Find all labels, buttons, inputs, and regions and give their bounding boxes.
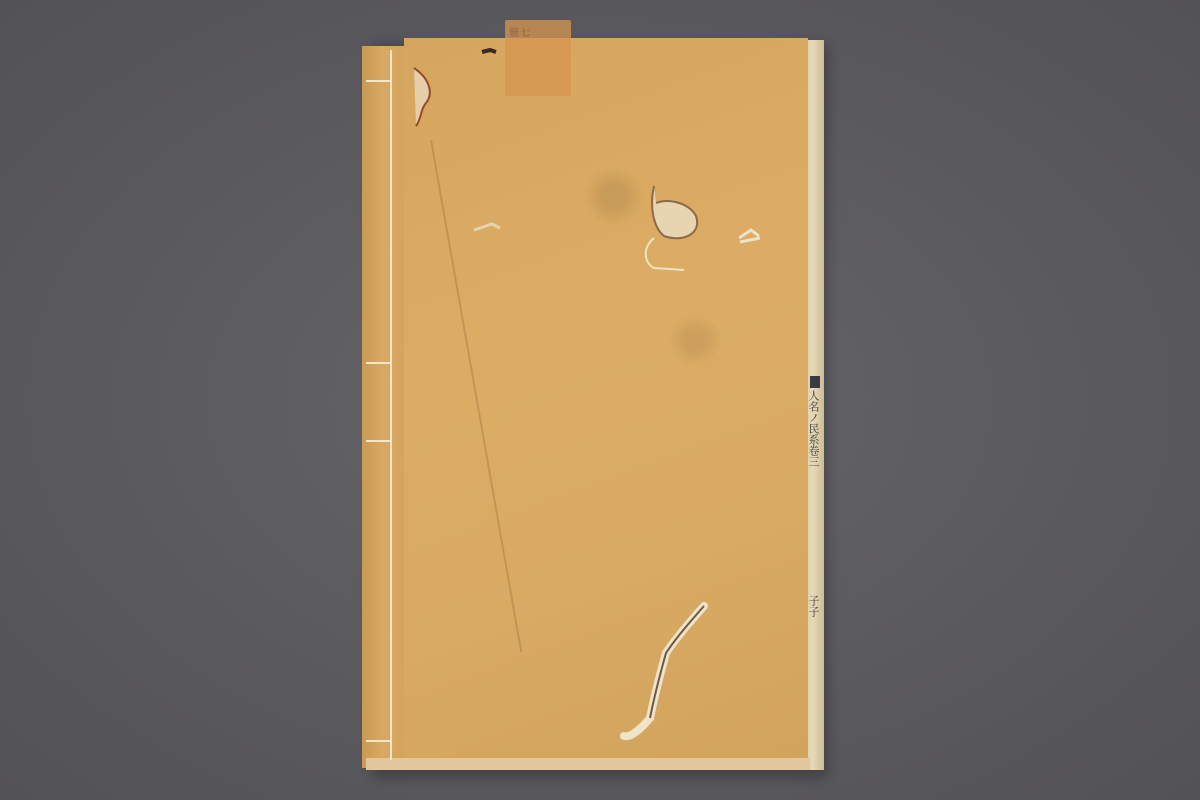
edge-text-lower: 子子: [806, 595, 820, 617]
binding-stitch: [366, 740, 392, 742]
binding-stitch: [366, 440, 392, 442]
binding-thread: [390, 50, 392, 760]
edge-mark: [810, 376, 820, 388]
binding-stitch: [366, 80, 392, 82]
binding-stitch: [366, 362, 392, 364]
label-text: 卌七: [509, 24, 531, 39]
cover-damage: [404, 38, 808, 758]
title-label-slip: 卌七: [505, 20, 571, 96]
book-bottom-edge: [366, 758, 810, 770]
edge-text-upper: 人名ノ民系卷三: [806, 390, 820, 467]
book-cover: [404, 38, 808, 758]
